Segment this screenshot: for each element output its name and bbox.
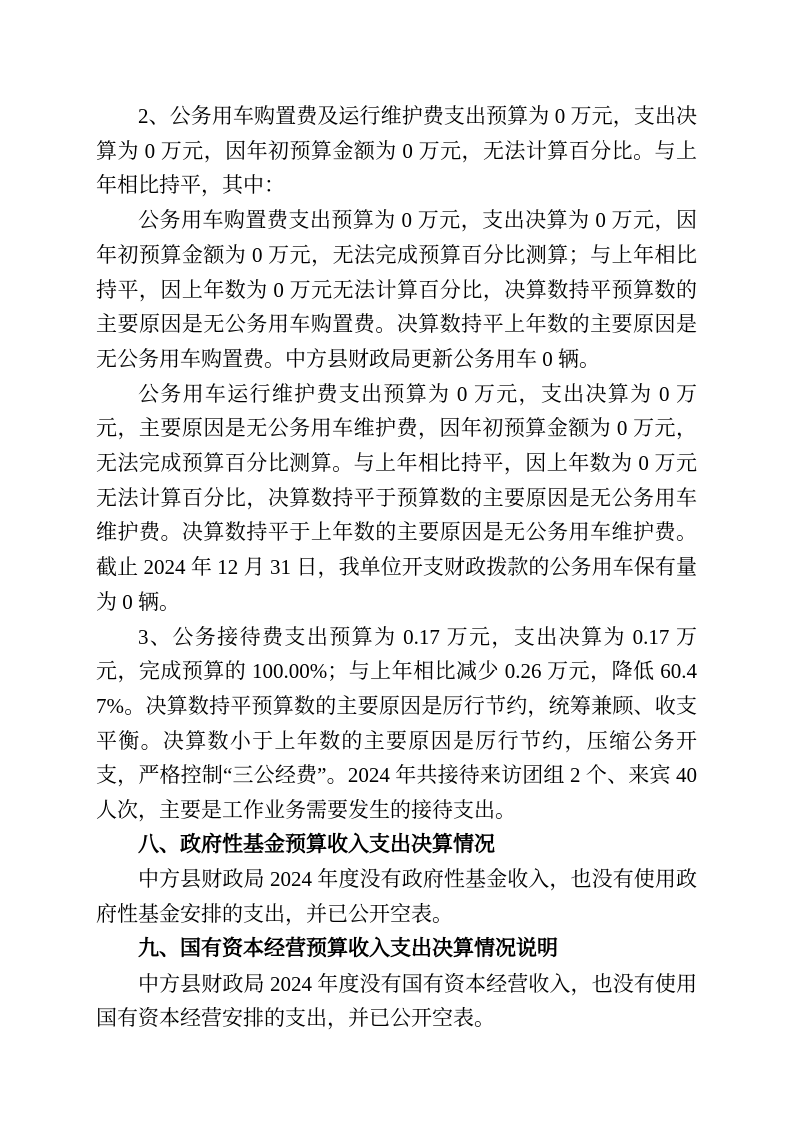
paragraph-vehicle-total: 2、公务用车购置费及运行维护费支出预算为 0 万元，支出决算为 0 万元，因年初… [96, 99, 697, 203]
section-heading-government-fund: 八、政府性基金预算收入支出决算情况 [96, 828, 697, 863]
paragraph-state-capital: 中方县财政局 2024 年度没有国有资本经营收入，也没有使用国有资本经营安排的支… [96, 967, 697, 1036]
document-body: 2、公务用车购置费及运行维护费支出预算为 0 万元，支出决算为 0 万元，因年初… [96, 99, 697, 1036]
paragraph-vehicle-maintenance: 公务用车运行维护费支出预算为 0 万元，支出决算为 0 万元，主要原因是无公务用… [96, 377, 697, 620]
paragraph-official-reception: 3、公务接待费支出预算为 0.17 万元，支出决算为 0.17 万元，完成预算的… [96, 620, 697, 828]
section-heading-state-capital: 九、国有资本经营预算收入支出决算情况说明 [96, 932, 697, 967]
document-page: 2、公务用车购置费及运行维护费支出预算为 0 万元，支出决算为 0 万元，因年初… [0, 0, 793, 1122]
paragraph-vehicle-purchase: 公务用车购置费支出预算为 0 万元，支出决算为 0 万元，因年初预算金额为 0 … [96, 203, 697, 377]
paragraph-government-fund: 中方县财政局 2024 年度没有政府性基金收入，也没有使用政府性基金安排的支出，… [96, 862, 697, 931]
